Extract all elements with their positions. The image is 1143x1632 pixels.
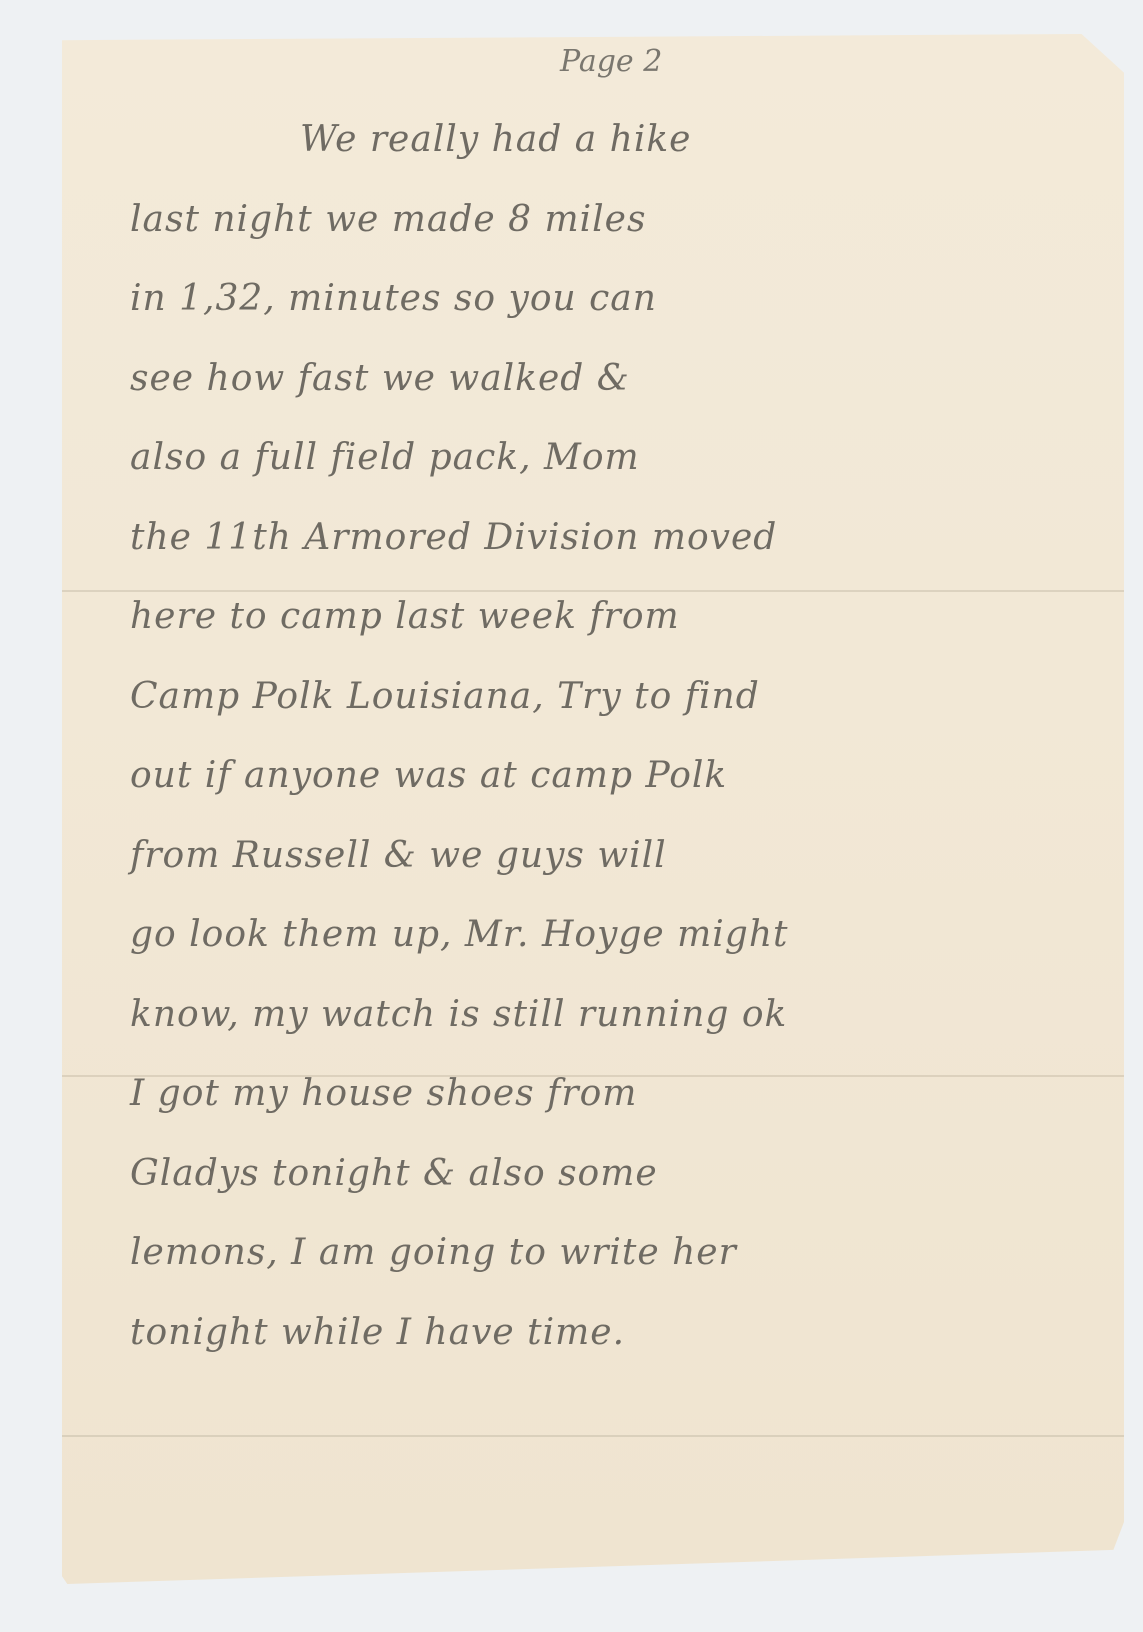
letter-line: I got my house shoes from <box>130 1054 1090 1134</box>
letter-line: last night we made 8 miles <box>130 180 1090 260</box>
letter-line: go look them up, Mr. Hoyge might <box>130 895 1090 975</box>
letter-line: Gladys tonight & also some <box>130 1134 1090 1214</box>
letter-line: Camp Polk Louisiana, Try to find <box>130 657 1090 737</box>
letter-line: know, my watch is still running ok <box>130 975 1090 1055</box>
letter-line: out if anyone was at camp Polk <box>130 736 1090 816</box>
letter-line: in 1,32, minutes so you can <box>130 259 1090 339</box>
letter-line: also a full field pack, Mom <box>130 418 1090 498</box>
letter-body: We really had a hike last night we made … <box>130 100 1090 1372</box>
letter-line: We really had a hike <box>130 100 1090 180</box>
letter-line: see how fast we walked & <box>130 339 1090 419</box>
letter-line: lemons, I am going to write her <box>130 1213 1090 1293</box>
fold-crease <box>62 1435 1124 1437</box>
letter-line: the 11th Armored Division moved <box>130 498 1090 578</box>
letter-line: here to camp last week from <box>130 577 1090 657</box>
letter-line: from Russell & we guys will <box>130 816 1090 896</box>
page-label: Page 2 <box>560 44 662 79</box>
letter-line: tonight while I have time. <box>130 1293 1090 1373</box>
